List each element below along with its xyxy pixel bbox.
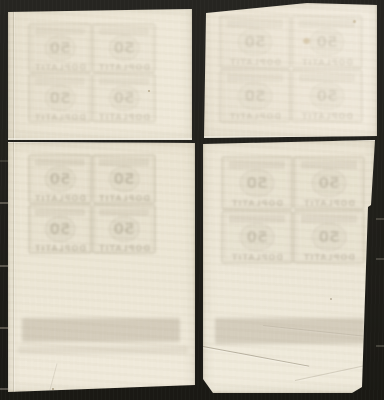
stain	[303, 38, 310, 44]
stamp-value-impression: 50	[237, 82, 272, 110]
stamp-impression: 50 DOPLATIT	[28, 204, 92, 254]
stamp-value-impression: 50	[311, 169, 346, 197]
stamp-text-impression: DOPLATIT	[92, 194, 156, 203]
stamp-text-impression: DOPLATIT	[28, 244, 92, 253]
stamp-impression: 50 DOPLATIT	[92, 204, 156, 254]
scratch-mark	[0, 160, 9, 162]
paper-crease	[49, 363, 57, 390]
stamp-impression: 50 DOPLATIT	[28, 73, 92, 123]
stamp-text-impression: DOPLATIT	[92, 113, 156, 122]
stamp-value-number: 50	[114, 220, 135, 238]
paper-edge-highlight	[203, 140, 375, 141]
stamp-tablet-impression	[229, 215, 285, 223]
stamp-value-number: 50	[317, 87, 338, 105]
scratch-mark	[0, 388, 9, 390]
stamp-impression: 50 DOPLATIT	[219, 15, 291, 69]
stamp-block-bottom-left: 50 DOPLATIT 50 DOPLATIT 50 DOPLATIT 50 D…	[8, 142, 195, 392]
stamp-tablet-impression	[99, 78, 149, 86]
stamp-tablet-impression	[35, 28, 85, 36]
stamp-block-bottom-right: 50 DOPLATIT 50 DOPLATIT 50 DOPLATIT 50 D…	[203, 140, 375, 393]
stamp-value-number: 50	[247, 174, 268, 192]
margin-imprint-band	[18, 346, 188, 354]
stamp-text-impression: DOPLATIT	[291, 112, 363, 121]
stamp-tablet-impression	[229, 161, 285, 169]
stamp-value-number: 50	[114, 170, 135, 188]
stamp-value-impression: 50	[44, 85, 75, 111]
scratch-mark	[0, 265, 9, 267]
scratch-mark	[376, 218, 384, 220]
stamp-text-impression: DOPLATIT	[221, 199, 293, 208]
stamp-text-impression: DOPLATIT	[28, 194, 92, 203]
stamp-value-impression: 50	[311, 223, 346, 251]
stamp-tablet-impression	[35, 159, 85, 167]
stamp-block-top-right: 50 DOPLATIT 50 DOPLATIT 50 DOPLATIT 50 D…	[203, 3, 377, 138]
stamp-tablet-impression	[299, 20, 355, 28]
stamp-impression: 50 DOPLATIT	[28, 154, 92, 204]
stamp-text-impression: DOPLATIT	[28, 63, 92, 72]
stamp-text-impression: DOPLATIT	[293, 253, 365, 262]
photo-of-stamp-blocks: 50 DOPLATIT 50 DOPLATIT 50 DOPLATIT 50 D…	[0, 0, 384, 400]
stamp-text-impression: DOPLATIT	[219, 58, 291, 67]
stamp-value-number: 50	[50, 89, 71, 107]
stamp-tablet-impression	[99, 28, 149, 36]
stamp-tablet-impression	[227, 20, 283, 28]
stamp-value-number: 50	[114, 39, 135, 57]
margin-imprint-band	[215, 318, 365, 344]
paper-edge-highlight	[203, 136, 377, 138]
scratch-mark	[0, 327, 9, 329]
stamp-impression: 50 DOPLATIT	[293, 210, 365, 264]
stamp-value-number: 50	[50, 170, 71, 188]
stamp-text-impression: DOPLATIT	[28, 113, 92, 122]
stamp-value-impression: 50	[44, 216, 75, 242]
dust-speck	[148, 90, 150, 92]
stamp-value-impression: 50	[237, 28, 272, 56]
paper-fold-line	[13, 142, 14, 392]
stamp-impression: 50 DOPLATIT	[219, 69, 291, 123]
stamp-value-number: 50	[247, 228, 268, 246]
dust-speck	[330, 298, 332, 300]
stamp-value-impression: 50	[44, 35, 75, 61]
stamp-value-impression: 50	[108, 216, 139, 242]
stamp-value-impression: 50	[44, 166, 75, 192]
stamp-value-number: 50	[245, 33, 266, 51]
stamp-impression: 50 DOPLATIT	[221, 156, 293, 210]
stamp-text-impression: DOPLATIT	[92, 244, 156, 253]
stamp-impression: 50 DOPLATIT	[92, 23, 156, 73]
stamp-tablet-impression	[227, 74, 283, 82]
stamp-value-impression: 50	[239, 223, 274, 251]
stamp-tablet-impression	[301, 161, 357, 169]
stamp-impression: 50 DOPLATIT	[291, 15, 363, 69]
stamp-tablet-impression	[35, 78, 85, 86]
stamp-value-number: 50	[50, 220, 71, 238]
stamp-text-impression: DOPLATIT	[219, 112, 291, 121]
stamp-value-number: 50	[114, 89, 135, 107]
stamp-impression: 50 DOPLATIT	[28, 23, 92, 73]
stamp-value-impression: 50	[309, 82, 344, 110]
dust-speck	[52, 388, 54, 390]
paper-edge-highlight	[8, 138, 192, 140]
stamp-tablet-impression	[99, 159, 149, 167]
stamp-value-impression: 50	[239, 169, 274, 197]
stamp-value-impression: 50	[309, 28, 344, 56]
stamp-tablet-impression	[99, 209, 149, 217]
paper-crease	[203, 346, 309, 367]
stamp-impression: 50 DOPLATIT	[92, 154, 156, 204]
stamp-value-number: 50	[50, 39, 71, 57]
scratch-mark	[376, 345, 384, 347]
margin-imprint-band	[22, 318, 180, 342]
stamp-value-number: 50	[319, 228, 340, 246]
stain	[353, 20, 356, 23]
stamp-text-impression: DOPLATIT	[92, 63, 156, 72]
stamp-value-number: 50	[317, 33, 338, 51]
stamp-block-top-left: 50 DOPLATIT 50 DOPLATIT 50 DOPLATIT 50 D…	[8, 7, 192, 140]
stamp-value-impression: 50	[108, 35, 139, 61]
scratch-mark	[376, 258, 384, 260]
stamp-tablet-impression	[299, 74, 355, 82]
stamp-impression: 50 DOPLATIT	[291, 69, 363, 123]
stamp-impression: 50 DOPLATIT	[221, 210, 293, 264]
stamp-text-impression: DOPLATIT	[291, 58, 363, 67]
stamp-tablet-impression	[301, 215, 357, 223]
stamp-value-number: 50	[319, 174, 340, 192]
paper-fold-line	[13, 7, 14, 140]
paper-edge-highlight	[8, 142, 195, 143]
stamp-value-impression: 50	[108, 166, 139, 192]
scratch-mark	[0, 202, 9, 204]
stamp-impression: 50 DOPLATIT	[92, 73, 156, 123]
stamp-value-number: 50	[245, 87, 266, 105]
stamp-text-impression: DOPLATIT	[293, 199, 365, 208]
stamp-value-impression: 50	[108, 85, 139, 111]
stamp-tablet-impression	[35, 209, 85, 217]
stamp-impression: 50 DOPLATIT	[293, 156, 365, 210]
stamp-text-impression: DOPLATIT	[221, 253, 293, 262]
